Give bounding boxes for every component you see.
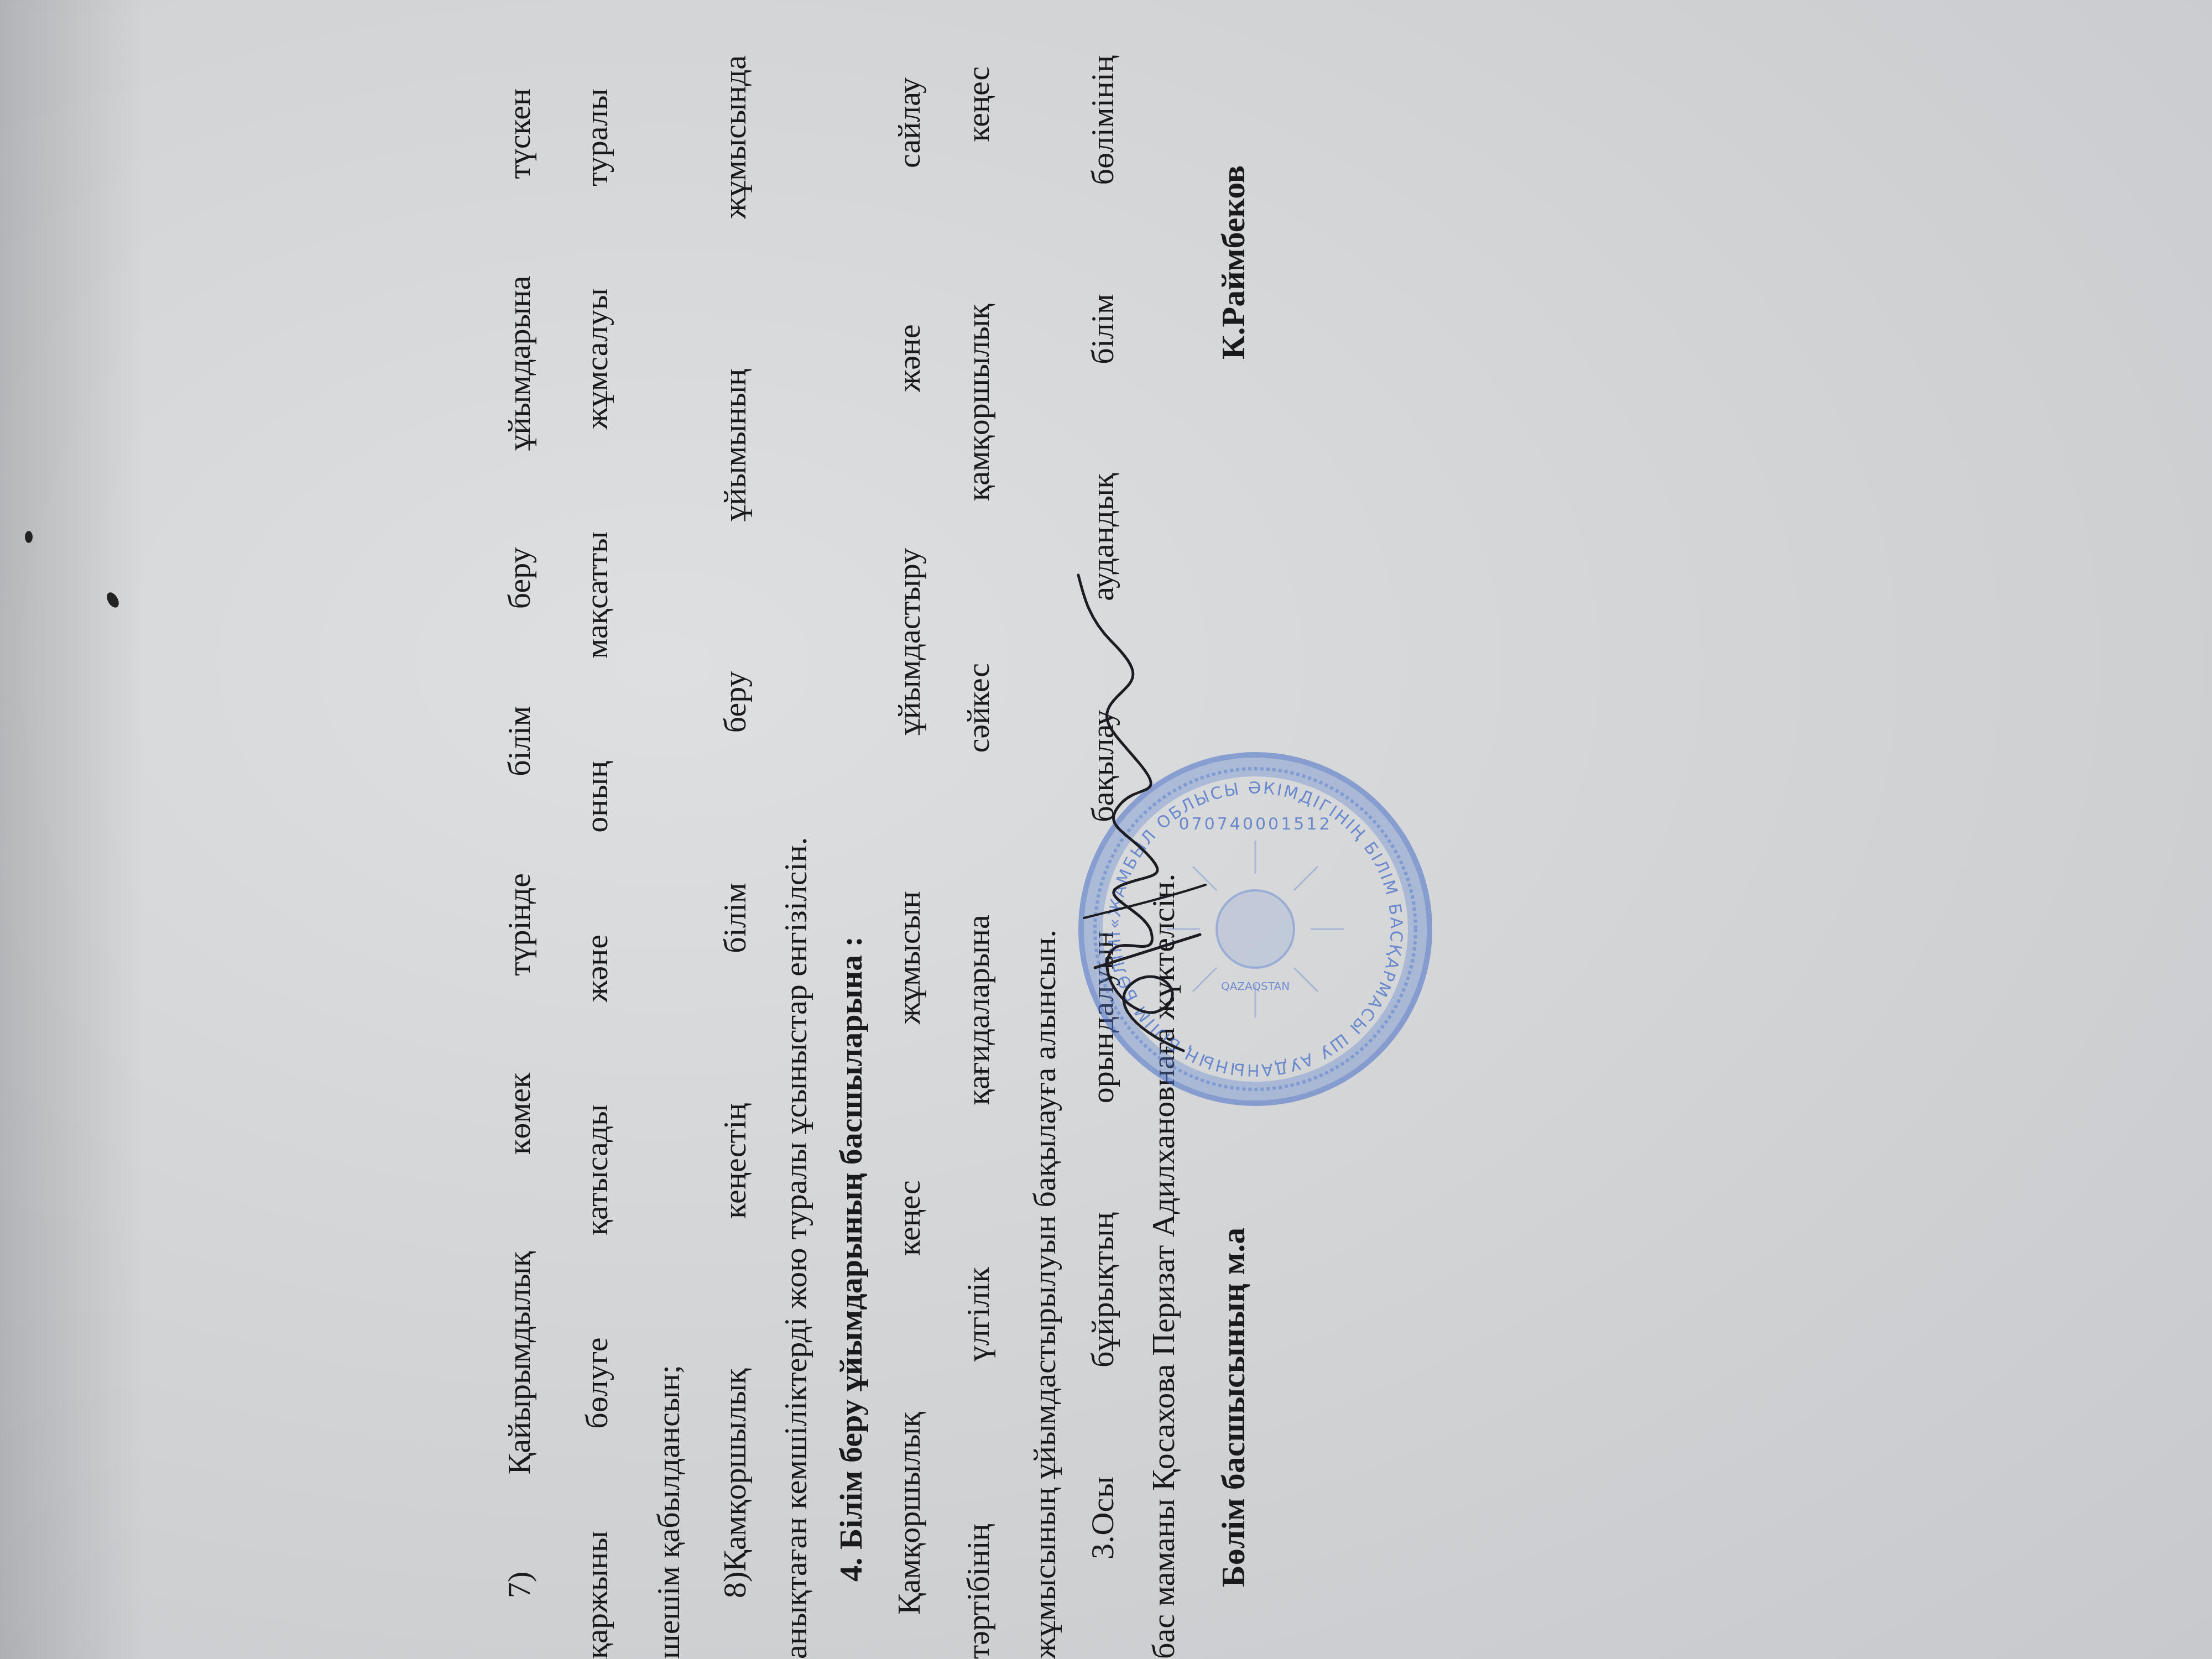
- signatory-name: К.Раймбеков: [1217, 83, 1250, 359]
- paragraph-line: Қамқоршылық кеңес жұмысын ұйымдастыру жә…: [893, 77, 925, 1659]
- paragraph-line: қаржыны бөлуге қатысады және оның мақсат…: [581, 88, 613, 1659]
- paragraph-line: шешім қабылдансын;: [653, 55, 685, 1659]
- section-heading: 4. Білім беру ұйымдарының басшыларына :: [835, 55, 867, 1659]
- document-page: 7) Қайырымдылық көмек түрінде білім беру…: [0, 55, 1659, 1659]
- paragraph-line: тәртібінің үлгілік қағидаларына сәйкес қ…: [962, 66, 994, 1659]
- paragraph-line: 7) Қайырымдылық көмек түрінде білім беру…: [503, 88, 535, 1659]
- stamp-center-text: QAZAQSTAN: [1221, 979, 1290, 993]
- paragraph-line: анықтаған кемшіліктерді жою туралы ұсыны…: [780, 55, 812, 1659]
- paragraph-line: жұмысының ұйымдастырылуын бақылауға алын…: [1029, 55, 1061, 1659]
- paragraph-line: 8)Қамқоршылық кеңестің білім беру ұйымын…: [719, 55, 751, 1659]
- paper-speck: [25, 531, 33, 543]
- handwritten-signature: [1062, 564, 1228, 1062]
